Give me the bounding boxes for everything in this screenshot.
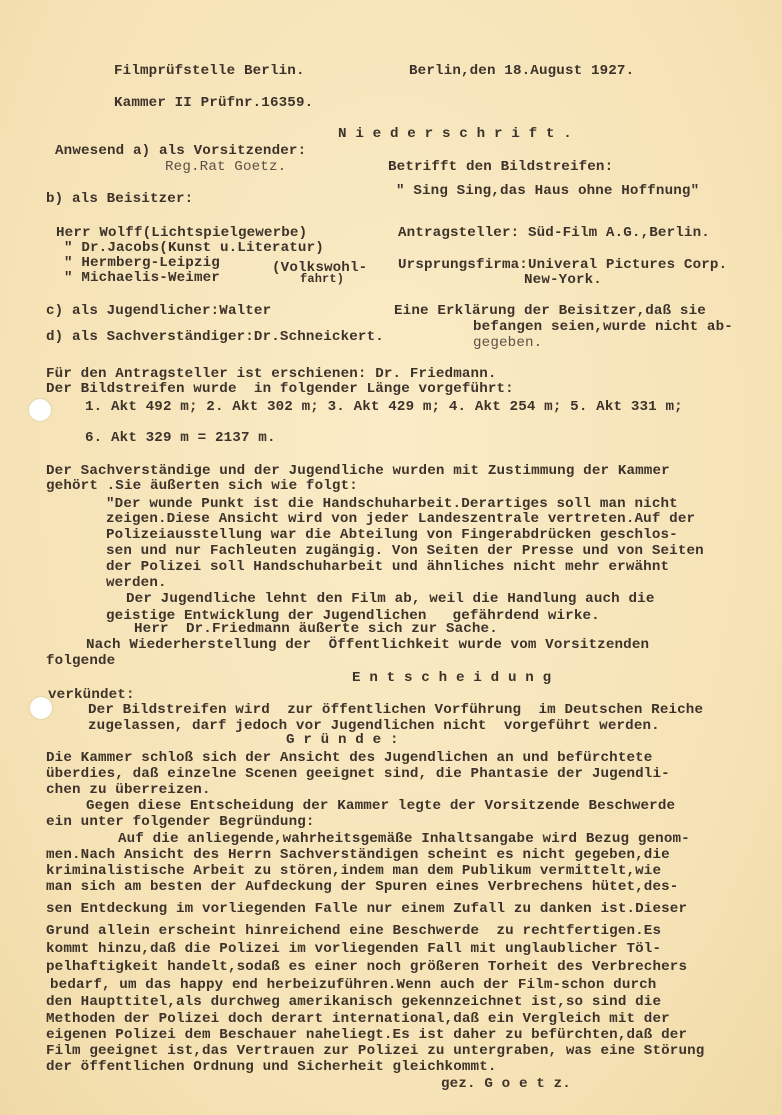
appeared-line: Für den Antragsteller ist erschienen: Dr… <box>46 367 497 382</box>
chair-label: Anwesend a) als Vorsitzender: <box>55 144 306 159</box>
hearing-line: Polizeiausstellung war die Abteilung von… <box>106 528 678 543</box>
film-title: " Sing Sing,das Haus ohne Hoffnung" <box>396 184 699 199</box>
reasons-line: der öffentlichen Ordnung und Sicherheit … <box>46 1060 497 1075</box>
typewritten-document: Filmprüfstelle Berlin. Berlin,den 18.Aug… <box>0 0 782 1115</box>
reasons-line: überdies, daß einzelne Scenen geeignet s… <box>46 767 670 782</box>
hearing-line: Der Sachverständige und der Jugendliche … <box>46 464 670 479</box>
lengths-intro: Der Bildstreifen wurde in folgender Läng… <box>46 382 514 397</box>
bias-statement: befangen seien,wurde nicht ab- <box>473 320 733 335</box>
bias-statement: Eine Erklärung der Beisitzer,daß sie <box>394 304 706 319</box>
hearing-line: werden. <box>106 576 167 591</box>
origin-company: Ursprungsfirma:Univeral Pictures Corp. <box>398 258 727 273</box>
hearing-line: der Polizei soll Handschuharbeit und ähn… <box>106 560 669 575</box>
lengths-total: 6. Akt 329 m = 2137 m. <box>85 431 276 446</box>
hearing-line: gehört .Sie äußerten sich wie folgt: <box>46 479 358 494</box>
hearing-line: "Der wunde Punkt ist die Handschuharbeit… <box>106 497 678 512</box>
reasons-line: man sich am besten der Aufdeckung der Sp… <box>46 880 678 895</box>
reasons-line: Gegen diese Entscheidung der Kammer legt… <box>86 799 675 814</box>
reasons-line: eigenen Polizei dem Beschauer naheliegt.… <box>46 1028 687 1043</box>
reasons-line: bedarf, um das happy end herbeizuführen.… <box>50 978 656 993</box>
reasons-line: sen Entdeckung im vorliegenden Falle nur… <box>46 902 687 917</box>
assessor: " Michaelis-Weimer <box>64 271 220 286</box>
place-date: Berlin,den 18.August 1927. <box>409 64 634 79</box>
reasons-line: Methoden der Polizei doch derart interna… <box>46 1012 670 1027</box>
hearing-line: folgende <box>46 654 115 669</box>
assessor: Herr Wolff(Lichtspielgewerbe) <box>56 226 307 241</box>
assessor: " Hermberg-Leipzig <box>64 256 220 271</box>
chair-name: Reg.Rat Goetz. <box>165 160 286 175</box>
reasons-line: ein unter folgender Begründung: <box>46 815 315 830</box>
decision-text: Der Bildstreifen wird zur öffentlichen V… <box>88 703 703 718</box>
decision-heading: E n t s c h e i d u n g <box>352 671 551 686</box>
film-subject-label: Betrifft den Bildstreifen: <box>388 160 613 175</box>
bias-statement: gegeben. <box>473 336 542 351</box>
hearing-line: Der Jugendliche lehnt den Film ab, weil … <box>126 592 655 607</box>
reasons-line: men.Nach Ansicht des Herrn Sachverständi… <box>46 848 670 863</box>
reasons-line: chen zu überreizen. <box>46 783 211 798</box>
reasons-line: kriminalistische Arbeit zu stören,indem … <box>46 864 661 879</box>
reasons-line: Die Kammer schloß sich der Ansicht des J… <box>46 751 652 766</box>
reasons-line: pelhaftigkeit handelt,sodaß es einer noc… <box>46 960 687 975</box>
expert-member: d) als Sachverständiger:Dr.Schneickert. <box>46 330 384 345</box>
document-title: N i e d e r s c h r i f t . <box>338 127 572 142</box>
reasons-line: kommt hinzu,daß die Polizei im vorliegen… <box>46 942 661 957</box>
reasons-heading: G r ü n d e : <box>286 733 399 748</box>
hearing-line: zeigen.Diese Ansicht wird von jeder Land… <box>106 512 695 527</box>
office-name: Filmprüfstelle Berlin. <box>114 64 305 79</box>
applicant: Antragsteller: Süd-Film A.G.,Berlin. <box>398 226 710 241</box>
welfare-note: fahrt) <box>300 272 344 287</box>
reasons-line: den Haupttitel,als durchweg amerikanisch… <box>46 995 661 1010</box>
reasons-line: Film geeignet ist,das Vertrauen zur Poli… <box>46 1044 704 1059</box>
hearing-line: Herr Dr.Friedmann äußerte sich zur Sache… <box>134 622 498 637</box>
youth-member: c) als Jugendlicher:Walter <box>46 304 271 319</box>
punch-hole <box>29 399 51 421</box>
hearing-line: sen und nur Fachleuten zugängig. Von Sei… <box>106 544 704 559</box>
reasons-line: Auf die anliegende,wahrheitsgemäße Inhal… <box>118 832 690 847</box>
assessors-label: b) als Beisitzer: <box>46 192 193 207</box>
hearing-line: Nach Wiederherstellung der Öffentlichkei… <box>86 638 649 653</box>
reasons-line: Grund allein erscheint hinreichend eine … <box>46 924 661 939</box>
origin-city: New-York. <box>524 273 602 288</box>
lengths-acts: 1. Akt 492 m; 2. Akt 302 m; 3. Akt 429 m… <box>85 400 683 415</box>
assessor: " Dr.Jacobs(Kunst u.Literatur) <box>64 241 324 256</box>
signature: gez. G o e t z. <box>441 1077 571 1092</box>
decision-announced: verkündet: <box>48 688 135 703</box>
chamber-number: Kammer II Prüfnr.16359. <box>114 96 313 111</box>
